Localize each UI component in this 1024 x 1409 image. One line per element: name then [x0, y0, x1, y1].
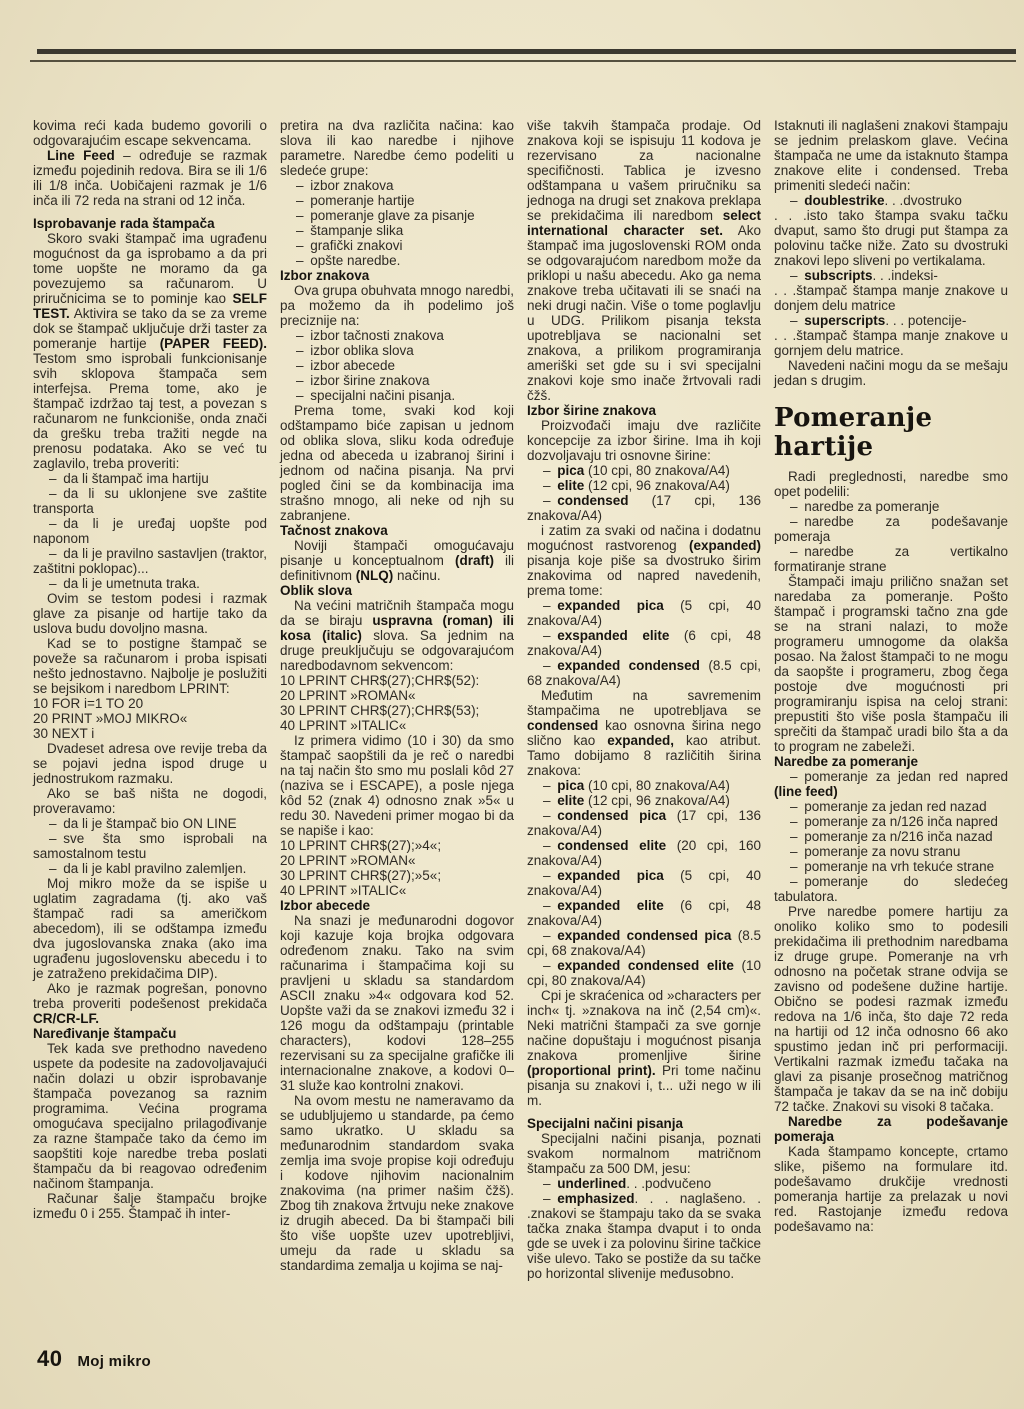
code-line: 40 LPRINT »ITALIC« [280, 718, 514, 733]
subheading: Naređivanje štampaču [33, 1026, 267, 1041]
code-line: 10 LPRINT CHR$(27);CHR$(52): [280, 673, 514, 688]
list-item: – štampanje slika [280, 223, 514, 238]
list-item: – exspanded elite (6 cpi, 48 znakova/A4) [527, 628, 761, 658]
list-item: – expanded condensed (8.5 cpi, 68 znakov… [527, 658, 761, 688]
list-item: – pomeranje hartije [280, 193, 514, 208]
list-item: – pomeranje na vrh tekuće strane [774, 859, 1008, 874]
paragraph: Prve naredbe pomere hartiju za onoliko k… [774, 904, 1008, 1114]
list-item: – pomeranje za n/126 inča napred [774, 814, 1008, 829]
subheading: Izbor abecede [280, 898, 514, 913]
list-item: – pomeranje za jedan red nazad [774, 799, 1008, 814]
list-item: – sve šta smo isprobali na samostalnom t… [33, 831, 267, 861]
paragraph: Tek kada sve prethodno navedeno uspete d… [33, 1041, 267, 1191]
paragraph: Međutim na savremenim štampačima ne upot… [527, 688, 761, 778]
list-item: – condensed (17 cpi, 136 znakova/A4) [527, 493, 761, 523]
list-item: – subscripts. . .indeksi- [774, 268, 1008, 283]
subheading: Izbor širine znakova [527, 403, 761, 418]
list-item: – da li štampač ima hartiju [33, 471, 267, 486]
paragraph: kovima reći kada budemo govorili o odgov… [33, 118, 267, 148]
subheading: Oblik slova [280, 583, 514, 598]
list-item: – pomeranje za novu stranu [774, 844, 1008, 859]
subheading: Naredbe za podešavanje pomeraja [774, 1114, 1008, 1144]
code-line: 10 LPRINT CHR$(27);»4«; [280, 838, 514, 853]
list-item: – expanded pica (5 cpi, 40 znakova/A4) [527, 598, 761, 628]
code-line: 20 LPRINT »ROMAN« [280, 853, 514, 868]
paragraph: . . .isto tako štampa svaku tačku dvaput… [774, 208, 1008, 268]
top-rule-thick [37, 49, 1016, 54]
list-item: – pica (10 cpi, 80 znakova/A4) [527, 463, 761, 478]
subheading: Tačnost znakova [280, 523, 514, 538]
list-item: – superscripts. . . potencije- [774, 313, 1008, 328]
list-item: – condensed elite (20 cpi, 160 znakova/A… [527, 838, 761, 868]
list-item: – elite (12 cpi, 96 znakova/A4) [527, 478, 761, 493]
list-item: – pomeranje za jedan red napred (line fe… [774, 769, 1008, 799]
column-3: više takvih štampača prodaje. Od znakova… [527, 118, 761, 1281]
list-item: – expanded condensed pica (8.5 cpi, 68 z… [527, 928, 761, 958]
list-item: – naredbe za vertikalno formatiranje str… [774, 544, 1008, 574]
list-item: – condensed pica (17 cpi, 136 znakova/A4… [527, 808, 761, 838]
paragraph: . . .štampač štampa manje znakove u gorn… [774, 328, 1008, 358]
list-item: – izbor tačnosti znakova [280, 328, 514, 343]
paragraph: . . .štampač štampa manje znakove u donj… [774, 283, 1008, 313]
magazine-page: kovima reći kada budemo govorili o odgov… [0, 0, 1024, 1409]
article-columns: kovima reći kada budemo govorili o odgov… [33, 118, 1009, 1281]
list-item: – da li je uređaj uopšte pod naponom [33, 516, 267, 546]
paragraph: Moj mikro može da se ispiše u uglatim za… [33, 876, 267, 981]
paragraph: Računar šalje štampaču brojke između 0 i… [33, 1191, 267, 1221]
paragraph: Kada štampamo koncepte, crtamo slike, pi… [774, 1144, 1008, 1234]
list-item: – da li je štampač bio ON LINE [33, 816, 267, 831]
code-line: 20 LPRINT »ROMAN« [280, 688, 514, 703]
subheading: Isprobavanje rada štampača [33, 216, 267, 231]
list-item: – izbor znakova [280, 178, 514, 193]
paragraph: Prema tome, svaki kod koji odštampamo bi… [280, 403, 514, 523]
paragraph: Iz primera vidimo (10 i 30) da smo štamp… [280, 733, 514, 838]
paragraph: Proizvođači imaju dve različite koncepci… [527, 418, 761, 463]
paragraph: Ova grupa obuhvata mnogo naredbi, pa mož… [280, 283, 514, 328]
paragraph: Kad se to postigne štampač se poveže sa … [33, 636, 267, 696]
list-item: – emphasized. . . naglašeno. . .znakovi … [527, 1191, 761, 1281]
list-item: – pomeranje glave za pisanje [280, 208, 514, 223]
paragraph: Dvadeset adresa ove revije treba da se p… [33, 741, 267, 786]
paragraph: Line Feed – određuje se razmak između po… [33, 148, 267, 208]
list-item: – elite (12 cpi, 96 znakova/A4) [527, 793, 761, 808]
list-item: – da li su uklonjene sve zaštite transpo… [33, 486, 267, 516]
list-item: – da li je pravilno sastavljen (traktor,… [33, 546, 267, 576]
list-item: – izbor oblika slova [280, 343, 514, 358]
paragraph: Istaknuti ili naglašeni znakovi štampaju… [774, 118, 1008, 193]
subheading: Specijalni načini pisanja [527, 1116, 761, 1131]
code-line: 20 PRINT »MOJ MIKRO« [33, 711, 267, 726]
code-line: 10 FOR i=1 TO 20 [33, 696, 267, 711]
paragraph: Cpi je skraćenica od »characters per inc… [527, 988, 761, 1108]
code-line: 30 LPRINT CHR$(27);»5«; [280, 868, 514, 883]
list-item: – specijalni načini pisanja. [280, 388, 514, 403]
paragraph: pretira na dva različita načina: kao slo… [280, 118, 514, 178]
column-1: kovima reći kada budemo govorili o odgov… [33, 118, 267, 1281]
subheading: Naredbe za pomeranje [774, 754, 1008, 769]
list-item: – naredbe za pomeranje [774, 499, 1008, 514]
paragraph: više takvih štampača prodaje. Od znakova… [527, 118, 761, 403]
section-headline: Pomeranje hartije [774, 404, 1008, 462]
list-item: – da li je umetnuta traka. [33, 576, 267, 591]
list-item: – expanded elite (6 cpi, 48 znakova/A4) [527, 898, 761, 928]
list-item: – opšte naredbe. [280, 253, 514, 268]
list-item: – izbor širine znakova [280, 373, 514, 388]
list-item: – naredbe za podešavanje pomeraja [774, 514, 1008, 544]
list-item: – da li je kabl pravilno zalemljen. [33, 861, 267, 876]
list-item: – underlined. . .podvučeno [527, 1176, 761, 1191]
list-item: – izbor abecede [280, 358, 514, 373]
list-item: – doublestrike. . .dvostruko [774, 193, 1008, 208]
paragraph: Na većini matričnih štampača mogu da se … [280, 598, 514, 673]
page-footer: 40 Moj mikro [37, 1346, 151, 1372]
list-item: – pomeranje do sledećeg tabulatora. [774, 874, 1008, 904]
list-item: – pomeranje za n/216 inča nazad [774, 829, 1008, 844]
paragraph: Štampači imaju prilično snažan set nared… [774, 574, 1008, 754]
list-item: – expanded condensed elite (10 cpi, 80 z… [527, 958, 761, 988]
code-line: 30 LPRINT CHR$(27);CHR$(53); [280, 703, 514, 718]
paragraph: Na snazi je međunarodni dogovor koji kaz… [280, 913, 514, 1093]
column-2: pretira na dva različita načina: kao slo… [280, 118, 514, 1281]
magazine-title: Moj mikro [77, 1353, 151, 1370]
page-number: 40 [37, 1346, 62, 1372]
paragraph: Skoro svaki štampač ima ugrađenu mogućno… [33, 231, 267, 471]
column-4: Istaknuti ili naglašeni znakovi štampaju… [774, 118, 1008, 1281]
list-item: – expanded pica (5 cpi, 40 znakova/A4) [527, 868, 761, 898]
paragraph: Ako se baš ništa ne dogodi, proveravamo: [33, 786, 267, 816]
paragraph: i zatim za svaki od načina i dodatnu mog… [527, 523, 761, 598]
list-item: – grafički znakovi [280, 238, 514, 253]
code-line: 40 LPRINT »ITALIC« [280, 883, 514, 898]
paragraph: Radi preglednosti, naredbe smo opet pode… [774, 469, 1008, 499]
paragraph: Navedeni načini mogu da se mešaju jedan … [774, 358, 1008, 388]
paragraph: Noviji štampači omogućavaju pisanje u ko… [280, 538, 514, 583]
top-rule-thin [30, 60, 1016, 62]
list-item: – pica (10 cpi, 80 znakova/A4) [527, 778, 761, 793]
subheading: Izbor znakova [280, 268, 514, 283]
paragraph: Ako je razmak pogrešan, ponovno treba pr… [33, 981, 267, 1026]
paragraph: Specijalni načini pisanja, poznati svako… [527, 1131, 761, 1176]
paragraph: Na ovom mestu ne nameravamo da se udublj… [280, 1093, 514, 1273]
paragraph: Ovim se testom podesi i razmak glave za … [33, 591, 267, 636]
code-line: 30 NEXT i [33, 726, 267, 741]
